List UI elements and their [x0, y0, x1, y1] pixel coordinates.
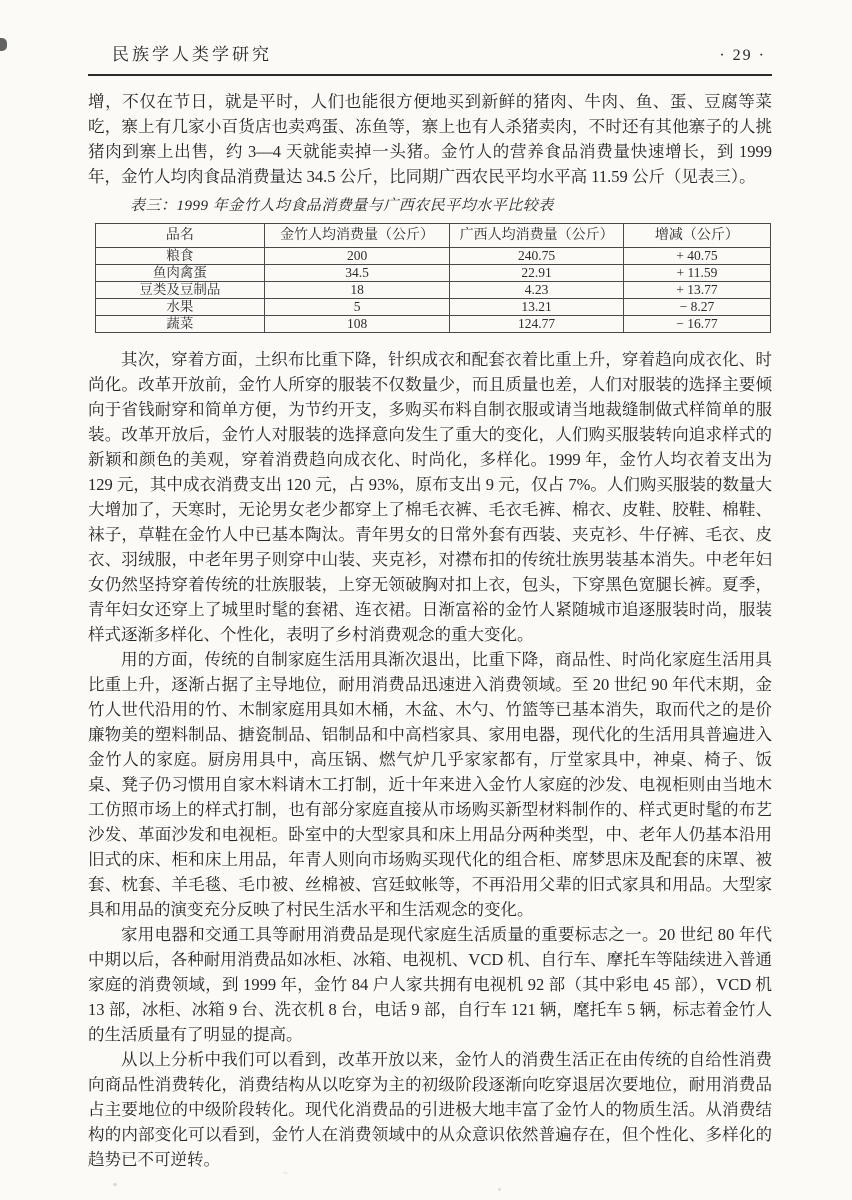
scan-smudge: [0, 38, 7, 51]
table-cell: − 16.77: [623, 316, 770, 333]
table-column-header: 品名: [96, 224, 265, 248]
page-header: 民族学人类学研究 · 29 ·: [88, 40, 772, 76]
scan-speck: [498, 1188, 501, 1191]
table-cell: 18: [264, 282, 450, 299]
table-cell: 240.75: [450, 248, 623, 265]
table-cell: 200: [264, 248, 450, 265]
table-cell: 22.91: [450, 265, 623, 282]
table-row: 豆类及豆制品 18 4.23 + 13.77: [96, 282, 771, 299]
paragraph-4: 家用电器和交通工具等耐用消费品是现代家庭生活质量的重要标志之一。20 世纪 80…: [88, 922, 772, 1047]
paragraph-5: 从以上分析中我们可以看到，改革开放以来，金竹人的消费生活正在由传统的自给性消费向…: [88, 1047, 772, 1172]
scanned-document-page: 民族学人类学研究 · 29 · 增，不仅在节日，就是平时，人们也能很方便地买到新…: [0, 0, 852, 1200]
table-cell: 124.77: [450, 316, 623, 333]
table-cell: + 40.75: [623, 248, 770, 265]
table-caption: 表三：1999 年金竹人均食品消费量与广西农民平均水平比较表: [130, 194, 772, 219]
table-cell: 108: [264, 316, 450, 333]
table-cell: 水果: [96, 299, 265, 316]
body-text: 增，不仅在节日，就是平时，人们也能很方便地买到新鲜的猪肉、牛肉、鱼、蛋、豆腐等菜…: [88, 89, 772, 1172]
table-cell: 13.21: [450, 299, 623, 316]
table-row: 粮食 200 240.75 + 40.75: [96, 248, 771, 265]
table-column-header: 广西人均消费量（公斤）: [450, 224, 623, 248]
table-cell: 34.5: [264, 265, 450, 282]
table-cell: + 13.77: [623, 282, 770, 299]
table-cell: 豆类及豆制品: [96, 282, 265, 299]
table-cell: − 8.27: [623, 299, 770, 316]
scan-speck: [283, 1172, 288, 1174]
table-wrap: 品名 金竹人均消费量（公斤） 广西人均消费量（公斤） 增减（公斤） 粮食 200…: [95, 223, 772, 333]
table-column-header: 金竹人均消费量（公斤）: [264, 224, 450, 248]
table-header-row: 品名 金竹人均消费量（公斤） 广西人均消费量（公斤） 增减（公斤）: [96, 224, 771, 248]
table-row: 水果 5 13.21 − 8.27: [96, 299, 771, 316]
table-cell: 4.23: [450, 282, 623, 299]
table-row: 蔬菜 108 124.77 − 16.77: [96, 316, 771, 333]
page-content: 民族学人类学研究 · 29 · 增，不仅在节日，就是平时，人们也能很方便地买到新…: [88, 40, 772, 1172]
comparison-table: 品名 金竹人均消费量（公斤） 广西人均消费量（公斤） 增减（公斤） 粮食 200…: [95, 223, 771, 333]
table-row: 鱼肉禽蛋 34.5 22.91 + 11.59: [96, 265, 771, 282]
page-number: · 29 ·: [719, 47, 766, 65]
table-cell: 蔬菜: [96, 316, 265, 333]
table-cell: 鱼肉禽蛋: [96, 265, 265, 282]
table-column-header: 增减（公斤）: [623, 224, 770, 248]
table-cell: 粮食: [96, 248, 265, 265]
table-cell: 5: [264, 299, 450, 316]
journal-title: 民族学人类学研究: [112, 40, 272, 65]
paragraph-3: 用的方面，传统的自制家庭生活用具渐次退出，比重下降，商品性、时尚化家庭生活用具比…: [88, 647, 772, 922]
paragraph-2: 其次，穿着方面，土织布比重下降，针织成衣和配套衣着比重上升，穿着趋向成衣化、时尚…: [88, 347, 772, 647]
paragraph-1: 增，不仅在节日，就是平时，人们也能很方便地买到新鲜的猪肉、牛肉、鱼、蛋、豆腐等菜…: [88, 89, 772, 189]
table-cell: + 11.59: [623, 265, 770, 282]
scan-speck: [113, 1183, 117, 1186]
